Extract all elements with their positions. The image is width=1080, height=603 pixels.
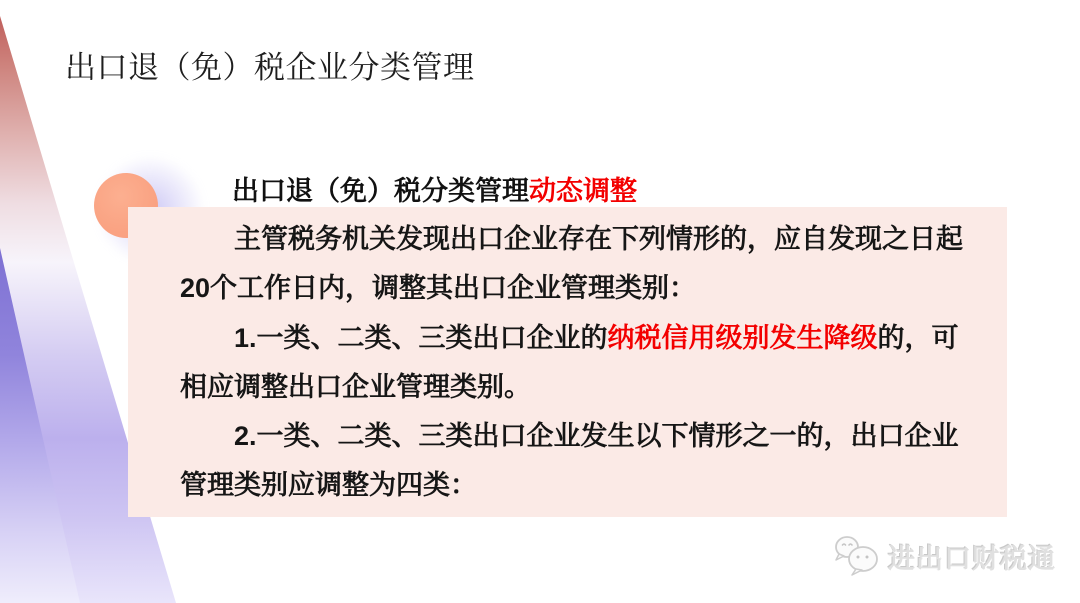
wechat-icon xyxy=(834,534,882,578)
body-line: 1.一类、二类、三类出口企业的纳税信用级别发生降级的，可 xyxy=(180,314,989,363)
watermark-text: 进出口财税通 xyxy=(888,537,1056,576)
body-line: 相应调整出口企业管理类别。 xyxy=(180,363,989,412)
body-line-text: 20个工作日内，调整其出口企业管理类别： xyxy=(180,273,696,303)
body-line: 2.一类、二类、三类出口企业发生以下情形之一的，出口企业 xyxy=(180,412,989,461)
body-line-text: 2.一类、二类、三类出口企业发生以下情形之一的，出口企业 xyxy=(234,421,959,451)
body-line-text: 主管税务机关发现出口企业存在下列情形的，应自发现之日起 xyxy=(234,224,963,254)
body-line: 主管税务机关发现出口企业存在下列情形的，应自发现之日起 xyxy=(180,215,989,264)
section-heading: 出口退（免）税分类管理动态调整 xyxy=(232,169,637,208)
presentation-slide: 出口退（免）税企业分类管理 出口退（免）税分类管理动态调整 主管税务机关发现出口… xyxy=(0,0,1080,603)
content-panel: 主管税务机关发现出口企业存在下列情形的，应自发现之日起 20个工作日内，调整其出… xyxy=(128,207,1007,517)
watermark: 进出口财税通 xyxy=(834,534,1056,578)
body-line-red-highlight: 纳税信用级别发生降级 xyxy=(608,323,878,353)
body-line: 管理类别应调整为四类： xyxy=(180,461,989,510)
body-line: 20个工作日内，调整其出口企业管理类别： xyxy=(180,264,989,313)
body-line-text: 的，可 xyxy=(878,323,959,353)
content-panel-inner: 主管税务机关发现出口企业存在下列情形的，应自发现之日起 20个工作日内，调整其出… xyxy=(128,207,1007,511)
section-heading-red-highlight: 动态调整 xyxy=(529,176,637,206)
body-line-text: 1.一类、二类、三类出口企业的 xyxy=(234,323,608,353)
section-heading-black: 出口退（免）税分类管理 xyxy=(232,176,529,206)
body-line-text: 管理类别应调整为四类： xyxy=(180,470,477,500)
slide-title: 出口退（免）税企业分类管理 xyxy=(65,42,475,87)
body-line-text: 相应调整出口企业管理类别。 xyxy=(180,372,531,402)
